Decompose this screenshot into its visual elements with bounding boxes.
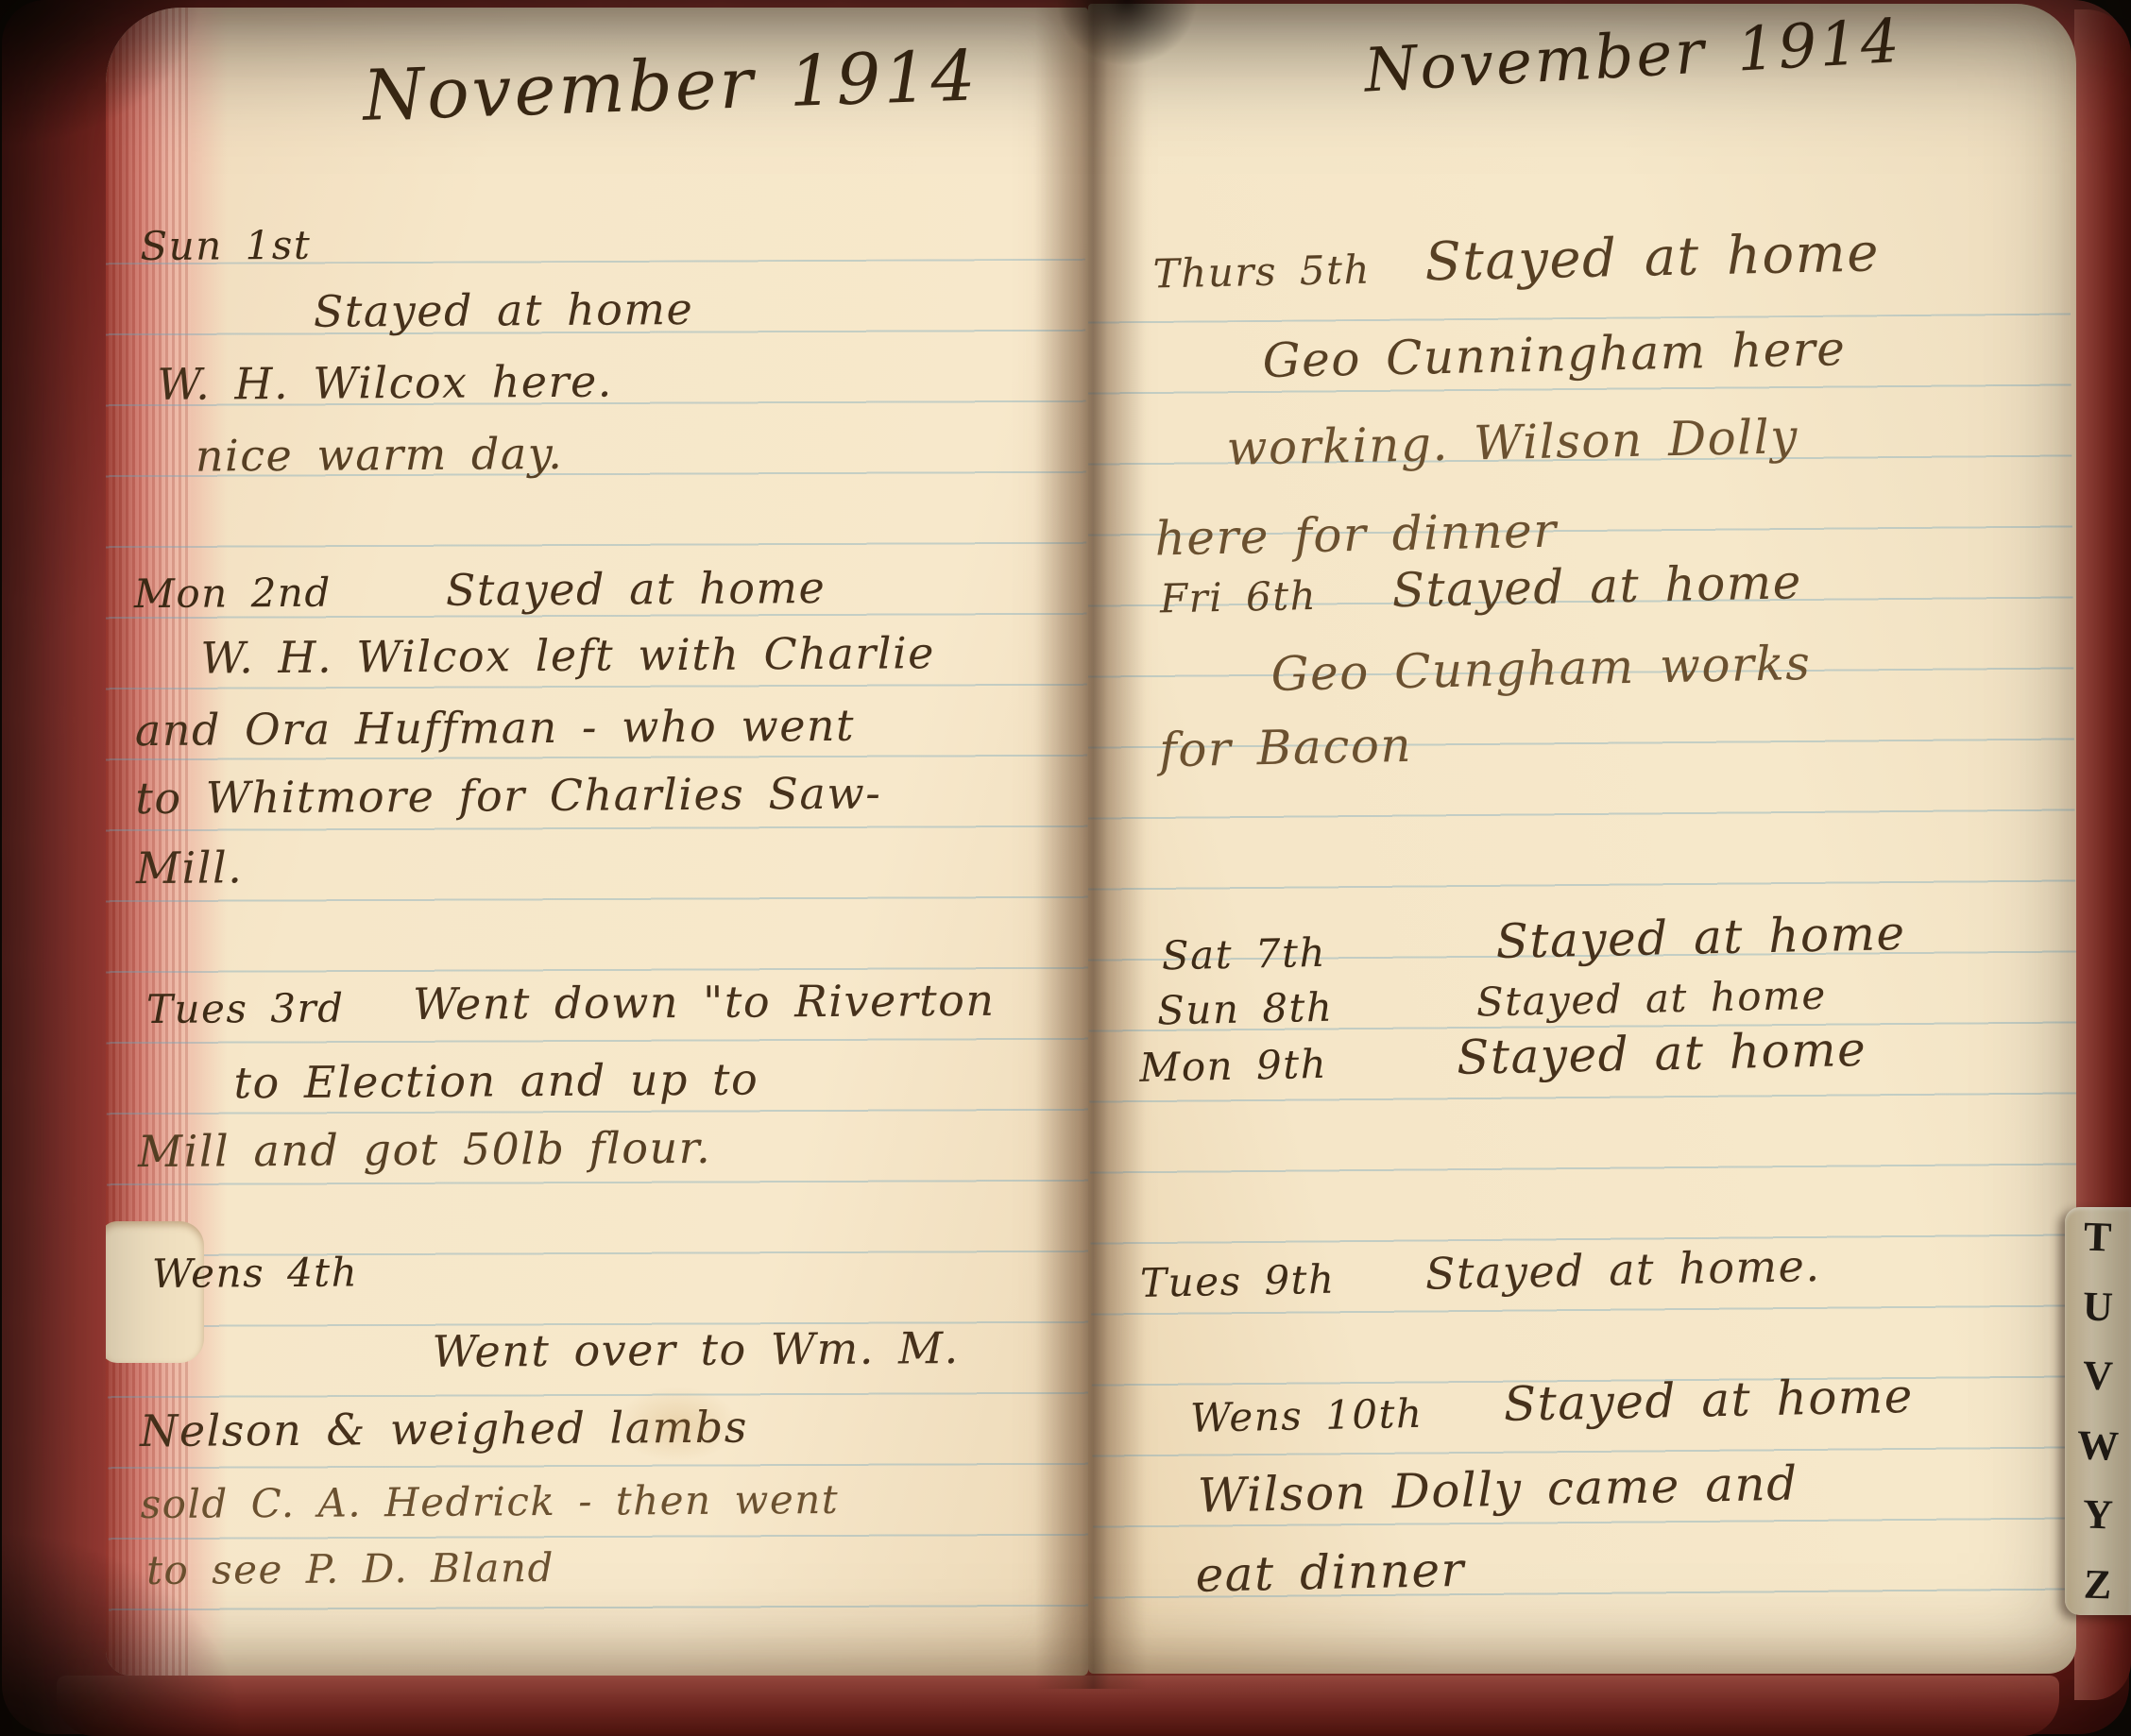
entry-text: here for dinner: [1154, 503, 1558, 567]
alphabet-index-tab[interactable]: T U V W Y Z: [2065, 1207, 2131, 1615]
entry-text: and Ora Huffman - who went: [135, 700, 855, 756]
entry-day-label: Fri 6th: [1159, 572, 1317, 621]
entry-text: Stayed at home: [314, 283, 694, 337]
entry-text: Stayed at home: [1503, 1369, 1914, 1432]
entry-text: sold C. A. Hedrick - then went: [140, 1476, 839, 1527]
entry-text: eat dinner: [1195, 1542, 1465, 1603]
entry-text: Stayed at home: [1475, 972, 1827, 1026]
entry-text: Geo Cunningham here: [1262, 321, 1847, 388]
entry-text: Mill.: [136, 842, 244, 894]
entry-text: Mill and got 50lb flour.: [138, 1122, 712, 1177]
entry-text: Wilson Dolly came and: [1197, 1455, 1799, 1523]
book-gutter-shadow: [1035, 0, 1147, 1689]
entry-text: W. H. Wilcox left with Charlie: [200, 627, 935, 683]
entry-text: Stayed at home: [1495, 906, 1906, 969]
entry-text: Went down "to Riverton: [413, 975, 996, 1030]
entry-text: nice warm day.: [196, 428, 564, 482]
entry-text: to Election and up to: [233, 1053, 759, 1108]
gutter-top-notch: [1056, 0, 1198, 66]
photo-corner-shadow: [0, 0, 208, 151]
left-page-text: November 1914 Sun 1st Stayed at home W. …: [106, 8, 1088, 1676]
entry-text: Went over to Wm. M.: [432, 1322, 960, 1377]
entry-day-label: Sat 7th: [1161, 929, 1326, 979]
entry-text: Stayed at home: [1457, 1022, 1867, 1085]
left-page: November 1914 Sun 1st Stayed at home W. …: [106, 8, 1088, 1676]
entry-text: working. Wilson Dolly: [1226, 409, 1799, 476]
entry-day-label: Mon 9th: [1139, 1041, 1328, 1091]
tab-letter-t[interactable]: T: [2084, 1217, 2113, 1259]
entry-text: Stayed at home.: [1424, 1240, 1821, 1300]
right-page-text: November 1914 Thurs 5th Stayed at home G…: [1088, 4, 2076, 1674]
entry-text: to Whitmore for Charlies Saw-: [135, 768, 881, 825]
entry-day-label: Wens 4th: [152, 1249, 359, 1297]
tab-letter-z[interactable]: Z: [2084, 1563, 2113, 1606]
right-page: November 1914 Thurs 5th Stayed at home G…: [1088, 4, 2076, 1674]
tab-letter-v[interactable]: V: [2082, 1355, 2113, 1398]
tab-letter-w[interactable]: W: [2076, 1424, 2120, 1468]
entry-text: Stayed at home: [1391, 554, 1802, 618]
entry-day-label: Tues 9th: [1140, 1256, 1336, 1306]
entry-day-label: Sun 1st: [140, 222, 311, 269]
photo-corner-shadow: [0, 1530, 246, 1736]
entry-day-label: Tues 3rd: [146, 985, 345, 1032]
entry-text: Geo Cungham works: [1270, 636, 1812, 702]
paper-stain: [616, 1387, 739, 1462]
tab-letter-y[interactable]: Y: [2082, 1494, 2113, 1537]
entry-text: Stayed at home: [446, 562, 827, 616]
entry-day-label: Thurs 5th: [1152, 247, 1371, 298]
diary-photo: November 1914 Sun 1st Stayed at home W. …: [0, 0, 2131, 1736]
entry-text: Stayed at home: [1424, 222, 1881, 293]
entry-day-label: Wens 10th: [1190, 1390, 1424, 1441]
tab-letter-u[interactable]: U: [2082, 1285, 2113, 1328]
entry-day-label: Mon 2nd: [134, 570, 332, 617]
page-header-month: November 1914: [362, 35, 980, 137]
entry-text: for Bacon: [1159, 718, 1413, 778]
entry-day-label: Sun 8th: [1157, 984, 1334, 1034]
entry-text: W. H. Wilcox here.: [157, 356, 613, 410]
page-header-month: November 1914: [1362, 7, 1903, 107]
